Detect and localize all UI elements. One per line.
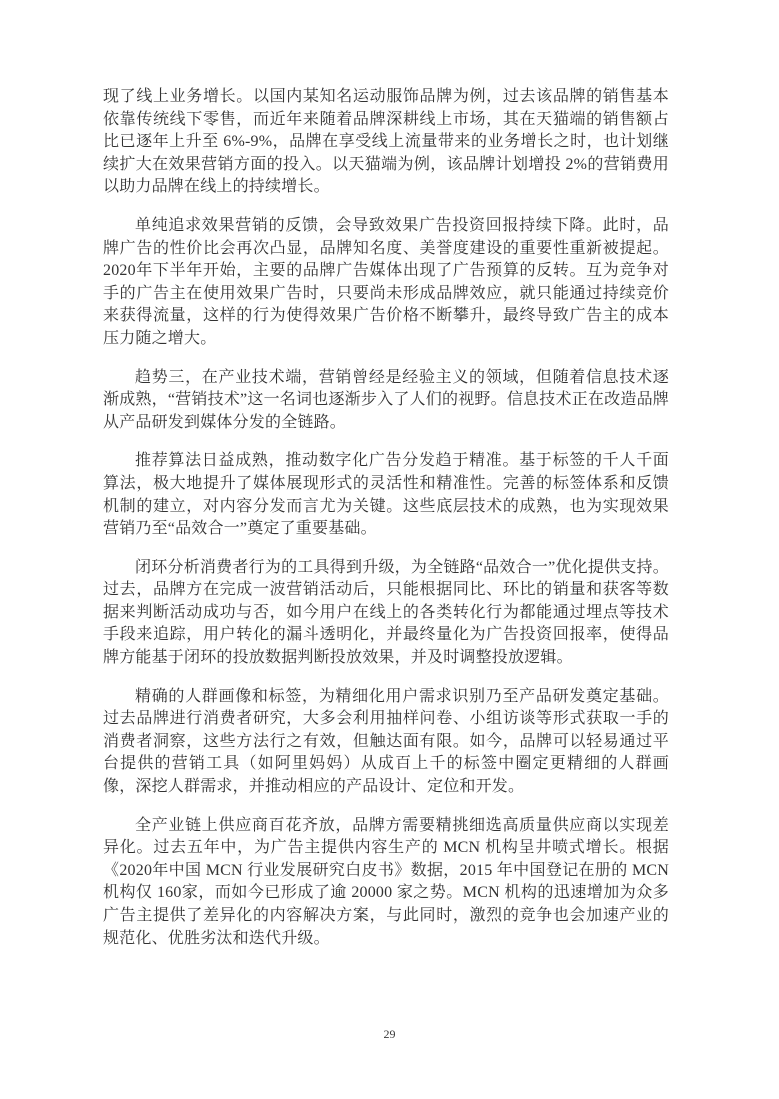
page-footer: 29 bbox=[0, 1025, 779, 1043]
document-page: 现了线上业务增长。以国内某知名运动服饰品牌为例，过去该品牌的销售基本依靠传统线下… bbox=[0, 0, 779, 1099]
paragraph-1: 现了线上业务增长。以国内某知名运动服饰品牌为例，过去该品牌的销售基本依靠传统线下… bbox=[103, 86, 669, 199]
page-content: 现了线上业务增长。以国内某知名运动服饰品牌为例，过去该品牌的销售基本依靠传统线下… bbox=[103, 86, 669, 966]
paragraph-4: 推荐算法日益成熟，推动数字化广告分发趋于精准。基于标签的千人千面算法，极大地提升… bbox=[103, 450, 669, 540]
paragraph-5: 闭环分析消费者行为的工具得到升级，为全链路“品效合一”优化提供支持。过去，品牌方… bbox=[103, 557, 669, 670]
paragraph-3: 趋势三，在产业技术端，营销曾经是经验主义的领域，但随着信息技术逐渐成熟，“营销技… bbox=[103, 367, 669, 435]
paragraph-2: 单纯追求效果营销的反馈，会导致效果广告投资回报持续下降。此时，品牌广告的性价比会… bbox=[103, 215, 669, 351]
page-number: 29 bbox=[384, 1027, 396, 1041]
paragraph-6: 精确的人群画像和标签，为精细化用户需求识别乃至产品研发奠定基础。过去品牌进行消费… bbox=[103, 686, 669, 799]
paragraph-7: 全产业链上供应商百花齐放，品牌方需要精挑细选高质量供应商以实现差异化。过去五年中… bbox=[103, 815, 669, 951]
